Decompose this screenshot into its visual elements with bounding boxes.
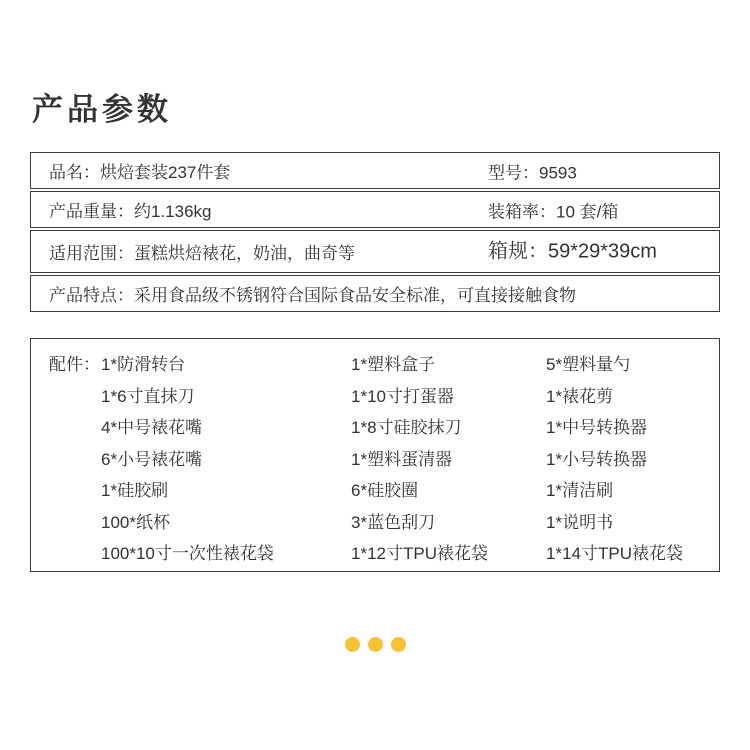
accessory-item: 1*小号转换器: [546, 444, 683, 476]
spec-scope: 适用范围：蛋糕烘焙裱花，奶油，曲奇等: [31, 239, 355, 264]
spec-row-features: 产品特点：采用食品级不锈钢符合国际食品安全标准，可直接接触食物: [30, 275, 720, 312]
accessory-item: 1*防滑转台: [101, 349, 274, 381]
accessory-item: 1*说明书: [546, 507, 683, 539]
accessory-item: 1*12寸TPU裱花袋: [351, 538, 488, 570]
spec-box-size: 箱规：59*29*39cm: [488, 235, 657, 264]
spec-model: 型号：9593: [488, 158, 577, 183]
accessory-item: 1*清洁刷: [546, 475, 683, 507]
spec-features: 产品特点：采用食品级不锈钢符合国际食品安全标准，可直接接触食物: [31, 281, 576, 306]
accessory-item: 4*中号裱花嘴: [101, 412, 274, 444]
accessory-item: 1*10寸打蛋器: [351, 381, 488, 413]
accessory-item: 6*硅胶圈: [351, 475, 488, 507]
accessory-item: 3*蓝色刮刀: [351, 507, 488, 539]
accessory-item: 1*硅胶刷: [101, 475, 274, 507]
dot-icon: [391, 637, 406, 652]
accessory-item: 1*塑料蛋清器: [351, 444, 488, 476]
accessory-item: 1*裱花剪: [546, 381, 683, 413]
accessories-box: 配件： 1*防滑转台 1*6寸直抹刀 4*中号裱花嘴 6*小号裱花嘴 1*硅胶刷…: [30, 338, 720, 572]
spec-row-weight: 产品重量：约1.136kg 装箱率：10 套/箱: [30, 191, 720, 228]
accessory-item: 5*塑料量勺: [546, 349, 683, 381]
accessories-column-2: 1*塑料盒子 1*10寸打蛋器 1*8寸硅胶抹刀 1*塑料蛋清器 6*硅胶圈 3…: [351, 349, 488, 570]
dot-icon: [345, 637, 360, 652]
accessory-item: 100*10寸一次性裱花袋: [101, 538, 274, 570]
dot-icon: [368, 637, 383, 652]
accessory-item: 100*纸杯: [101, 507, 274, 539]
accessories-label: 配件：: [49, 349, 100, 381]
spec-weight: 产品重量：约1.136kg: [31, 197, 212, 222]
accessory-item: 1*中号转换器: [546, 412, 683, 444]
accessory-item: 1*14寸TPU裱花袋: [546, 538, 683, 570]
accessories-column-3: 5*塑料量勺 1*裱花剪 1*中号转换器 1*小号转换器 1*清洁刷 1*说明书…: [546, 349, 683, 570]
spec-table: 品名：烘焙套装237件套 型号：9593 产品重量：约1.136kg 装箱率：1…: [30, 152, 720, 314]
spec-packing-rate: 装箱率：10 套/箱: [488, 197, 618, 222]
accessory-item: 1*塑料盒子: [351, 349, 488, 381]
accessories-column-1: 1*防滑转台 1*6寸直抹刀 4*中号裱花嘴 6*小号裱花嘴 1*硅胶刷 100…: [101, 349, 274, 570]
accessory-item: 1*8寸硅胶抹刀: [351, 412, 488, 444]
product-parameters-page: 产品参数 品名：烘焙套装237件套 型号：9593 产品重量：约1.136kg …: [0, 0, 750, 750]
decorative-dots: [0, 637, 750, 652]
spec-product-name: 品名：烘焙套装237件套: [31, 158, 230, 183]
page-title: 产品参数: [32, 84, 172, 129]
accessory-item: 1*6寸直抹刀: [101, 381, 274, 413]
spec-row-scope: 适用范围：蛋糕烘焙裱花，奶油，曲奇等 箱规：59*29*39cm: [30, 230, 720, 273]
spec-row-product-name: 品名：烘焙套装237件套 型号：9593: [30, 152, 720, 189]
accessory-item: 6*小号裱花嘴: [101, 444, 274, 476]
